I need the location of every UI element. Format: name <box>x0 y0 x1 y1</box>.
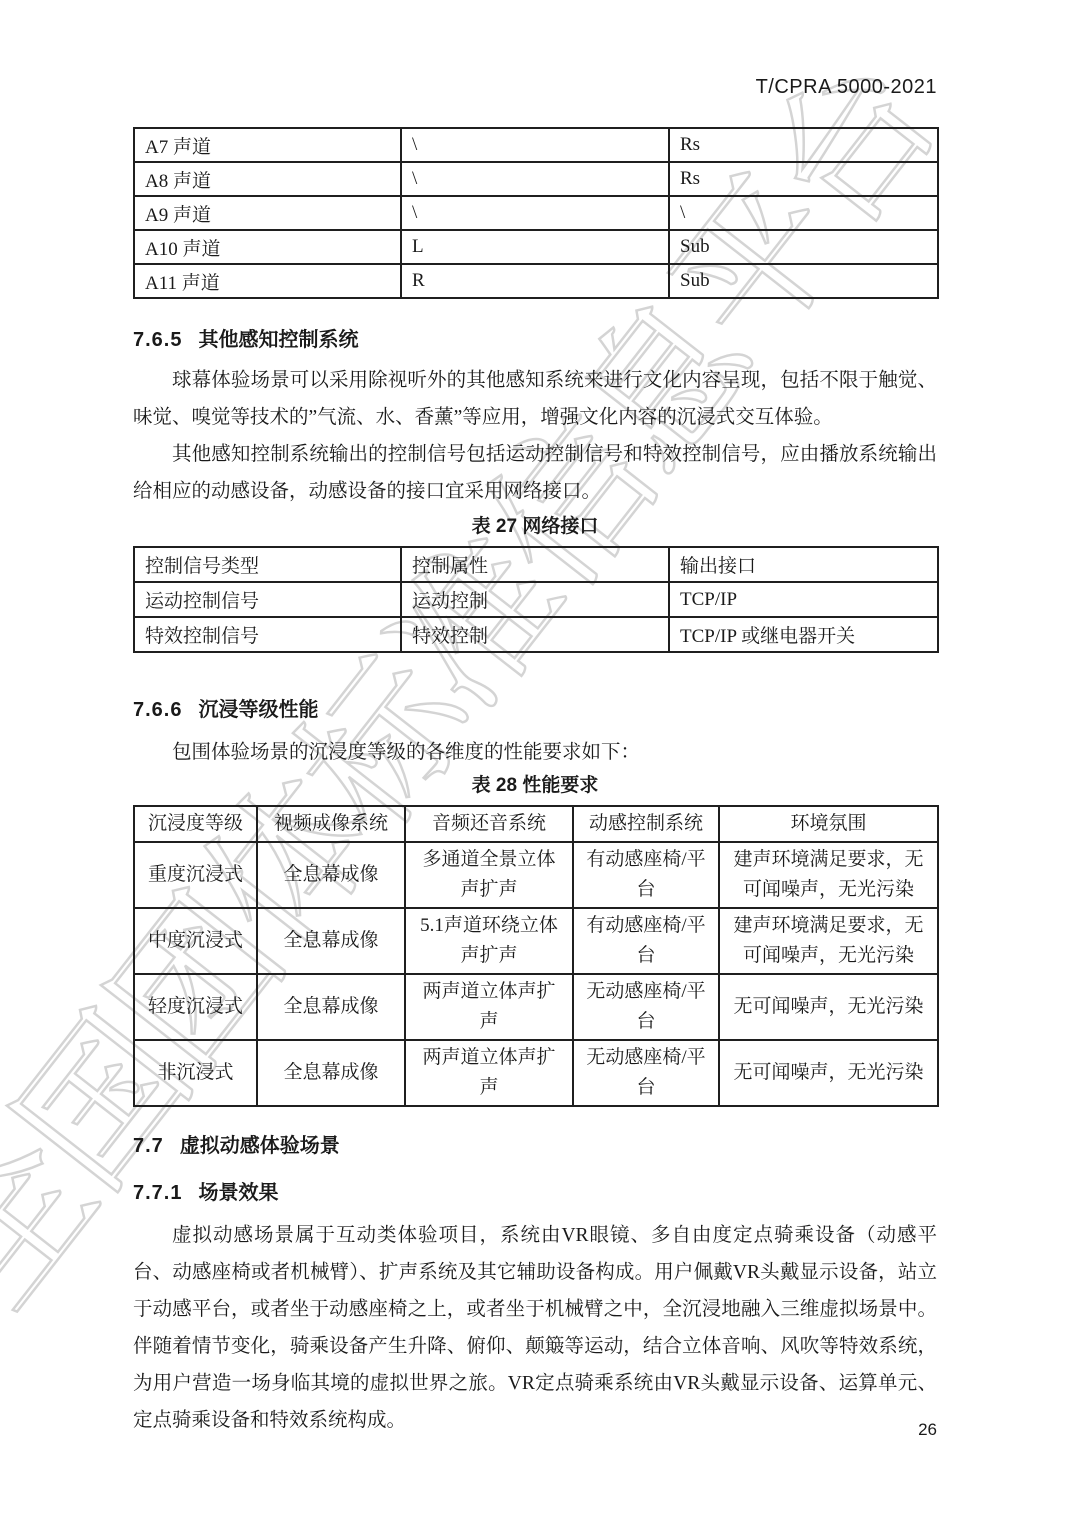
document-number: T/CPRA 5000-2021 <box>133 76 937 99</box>
table-cell: 无动感座椅/平台 <box>573 974 719 1040</box>
table-cell: 有动感座椅/平台 <box>573 908 719 974</box>
document-page: 全国团体标准信息平台 T/CPRA 5000-2021 A7 声道 \ Rs A… <box>0 0 1080 1528</box>
column-header: 动感控制系统 <box>573 806 719 842</box>
table-cell: Rs <box>669 128 938 162</box>
table-cell: 非沉浸式 <box>134 1040 257 1106</box>
table-cell: 全息幕成像 <box>257 908 405 974</box>
table-row: 特效控制信号 特效控制 TCP/IP 或继电器开关 <box>134 617 938 652</box>
table-cell: Sub <box>669 230 938 264</box>
table-cell: 两声道立体声扩声 <box>405 1040 573 1106</box>
section-heading-7-7: 7.7虚拟动感体验场景 <box>133 1129 937 1158</box>
table-cell: A10 声道 <box>134 230 401 264</box>
table-cell: A7 声道 <box>134 128 401 162</box>
table-cell: 重度沉浸式 <box>134 842 257 908</box>
table-cell: 轻度沉浸式 <box>134 974 257 1040</box>
table-cell: \ <box>401 128 669 162</box>
table-row: 运动控制信号 运动控制 TCP/IP <box>134 582 938 617</box>
performance-requirements-table: 沉浸度等级 视频成像系统 音频还音系统 动感控制系统 环境氛围 重度沉浸式 全息… <box>133 805 939 1107</box>
table-cell: R <box>401 264 669 298</box>
table-row: 轻度沉浸式 全息幕成像 两声道立体声扩声 无动感座椅/平台 无可闻噪声，无光污染 <box>134 974 938 1040</box>
table-cell: \ <box>401 196 669 230</box>
section-heading-7-6-6: 7.6.6沉浸等级性能 <box>133 693 937 722</box>
network-interface-table: 控制信号类型 控制属性 输出接口 运动控制信号 运动控制 TCP/IP 特效控制… <box>133 546 939 653</box>
paragraph: 虚拟动感场景属于互动类体验项目，系统由VR眼镜、多自由度定点骑乘设备（动感平台、… <box>133 1217 937 1439</box>
table-cell: 运动控制 <box>401 582 669 617</box>
column-header: 沉浸度等级 <box>134 806 257 842</box>
section-title: 场景效果 <box>198 1182 278 1204</box>
section-number: 7.7 <box>133 1135 164 1157</box>
table-cell: 多通道全景立体声扩声 <box>405 842 573 908</box>
column-header: 环境氛围 <box>719 806 938 842</box>
table-row: A10 声道 L Sub <box>134 230 938 264</box>
table-cell: 全息幕成像 <box>257 842 405 908</box>
table-cell: 无动感座椅/平台 <box>573 1040 719 1106</box>
table-cell: 两声道立体声扩声 <box>405 974 573 1040</box>
section-heading-7-6-5: 7.6.5其他感知控制系统 <box>133 323 937 352</box>
audio-channel-table: A7 声道 \ Rs A8 声道 \ Rs A9 声道 \ \ A10 声道 L <box>133 127 939 299</box>
table-row: A11 声道 R Sub <box>134 264 938 298</box>
table-row: 中度沉浸式 全息幕成像 5.1声道环绕立体声扩声 有动感座椅/平台 建声环境满足… <box>134 908 938 974</box>
table-row: A9 声道 \ \ <box>134 196 938 230</box>
table-cell: TCP/IP <box>669 582 938 617</box>
section-heading-7-7-1: 7.7.1场景效果 <box>133 1176 937 1205</box>
table-cell: 全息幕成像 <box>257 974 405 1040</box>
table-cell: Sub <box>669 264 938 298</box>
table-cell: 特效控制信号 <box>134 617 401 652</box>
column-header: 控制属性 <box>401 547 669 582</box>
table-cell: A11 声道 <box>134 264 401 298</box>
section-number: 7.6.6 <box>133 699 182 721</box>
section-title: 沉浸等级性能 <box>198 699 318 721</box>
table-cell: L <box>401 230 669 264</box>
table-cell: \ <box>401 162 669 196</box>
section-number: 7.6.5 <box>133 329 182 351</box>
table-cell: 全息幕成像 <box>257 1040 405 1106</box>
table-28-caption: 表 28 性能要求 <box>133 771 937 801</box>
table-row: 重度沉浸式 全息幕成像 多通道全景立体声扩声 有动感座椅/平台 建声环境满足要求… <box>134 842 938 908</box>
table-row: A8 声道 \ Rs <box>134 162 938 196</box>
table-header-row: 沉浸度等级 视频成像系统 音频还音系统 动感控制系统 环境氛围 <box>134 806 938 842</box>
table-cell: A9 声道 <box>134 196 401 230</box>
table-cell: 中度沉浸式 <box>134 908 257 974</box>
table-cell: 5.1声道环绕立体声扩声 <box>405 908 573 974</box>
column-header: 控制信号类型 <box>134 547 401 582</box>
paragraph: 其他感知控制系统输出的控制信号包括运动控制信号和特效控制信号，应由播放系统输出给… <box>133 436 937 510</box>
table-cell: 建声环境满足要求，无可闻噪声，无光污染 <box>719 908 938 974</box>
page-number: 26 <box>918 1420 937 1440</box>
page-content: T/CPRA 5000-2021 A7 声道 \ Rs A8 声道 \ Rs A… <box>0 76 1080 1439</box>
section-title: 其他感知控制系统 <box>198 329 358 351</box>
table-27-caption: 表 27 网络接口 <box>133 512 937 542</box>
table-cell: 特效控制 <box>401 617 669 652</box>
paragraph: 包围体验场景的沉浸度等级的各维度的性能要求如下： <box>133 734 937 771</box>
section-title: 虚拟动感体验场景 <box>180 1135 340 1157</box>
table-cell: A8 声道 <box>134 162 401 196</box>
column-header: 输出接口 <box>669 547 938 582</box>
table-cell: 无可闻噪声，无光污染 <box>719 1040 938 1106</box>
table-cell: Rs <box>669 162 938 196</box>
column-header: 音频还音系统 <box>405 806 573 842</box>
table-header-row: 控制信号类型 控制属性 输出接口 <box>134 547 938 582</box>
table-cell: TCP/IP 或继电器开关 <box>669 617 938 652</box>
table-cell: 建声环境满足要求，无可闻噪声，无光污染 <box>719 842 938 908</box>
column-header: 视频成像系统 <box>257 806 405 842</box>
table-cell: 运动控制信号 <box>134 582 401 617</box>
table-row: A7 声道 \ Rs <box>134 128 938 162</box>
paragraph: 球幕体验场景可以采用除视听外的其他感知系统来进行文化内容呈现，包括不限于触觉、味… <box>133 362 937 436</box>
table-cell: \ <box>669 196 938 230</box>
table-cell: 无可闻噪声，无光污染 <box>719 974 938 1040</box>
table-cell: 有动感座椅/平台 <box>573 842 719 908</box>
section-number: 7.7.1 <box>133 1182 182 1204</box>
table-row: 非沉浸式 全息幕成像 两声道立体声扩声 无动感座椅/平台 无可闻噪声，无光污染 <box>134 1040 938 1106</box>
